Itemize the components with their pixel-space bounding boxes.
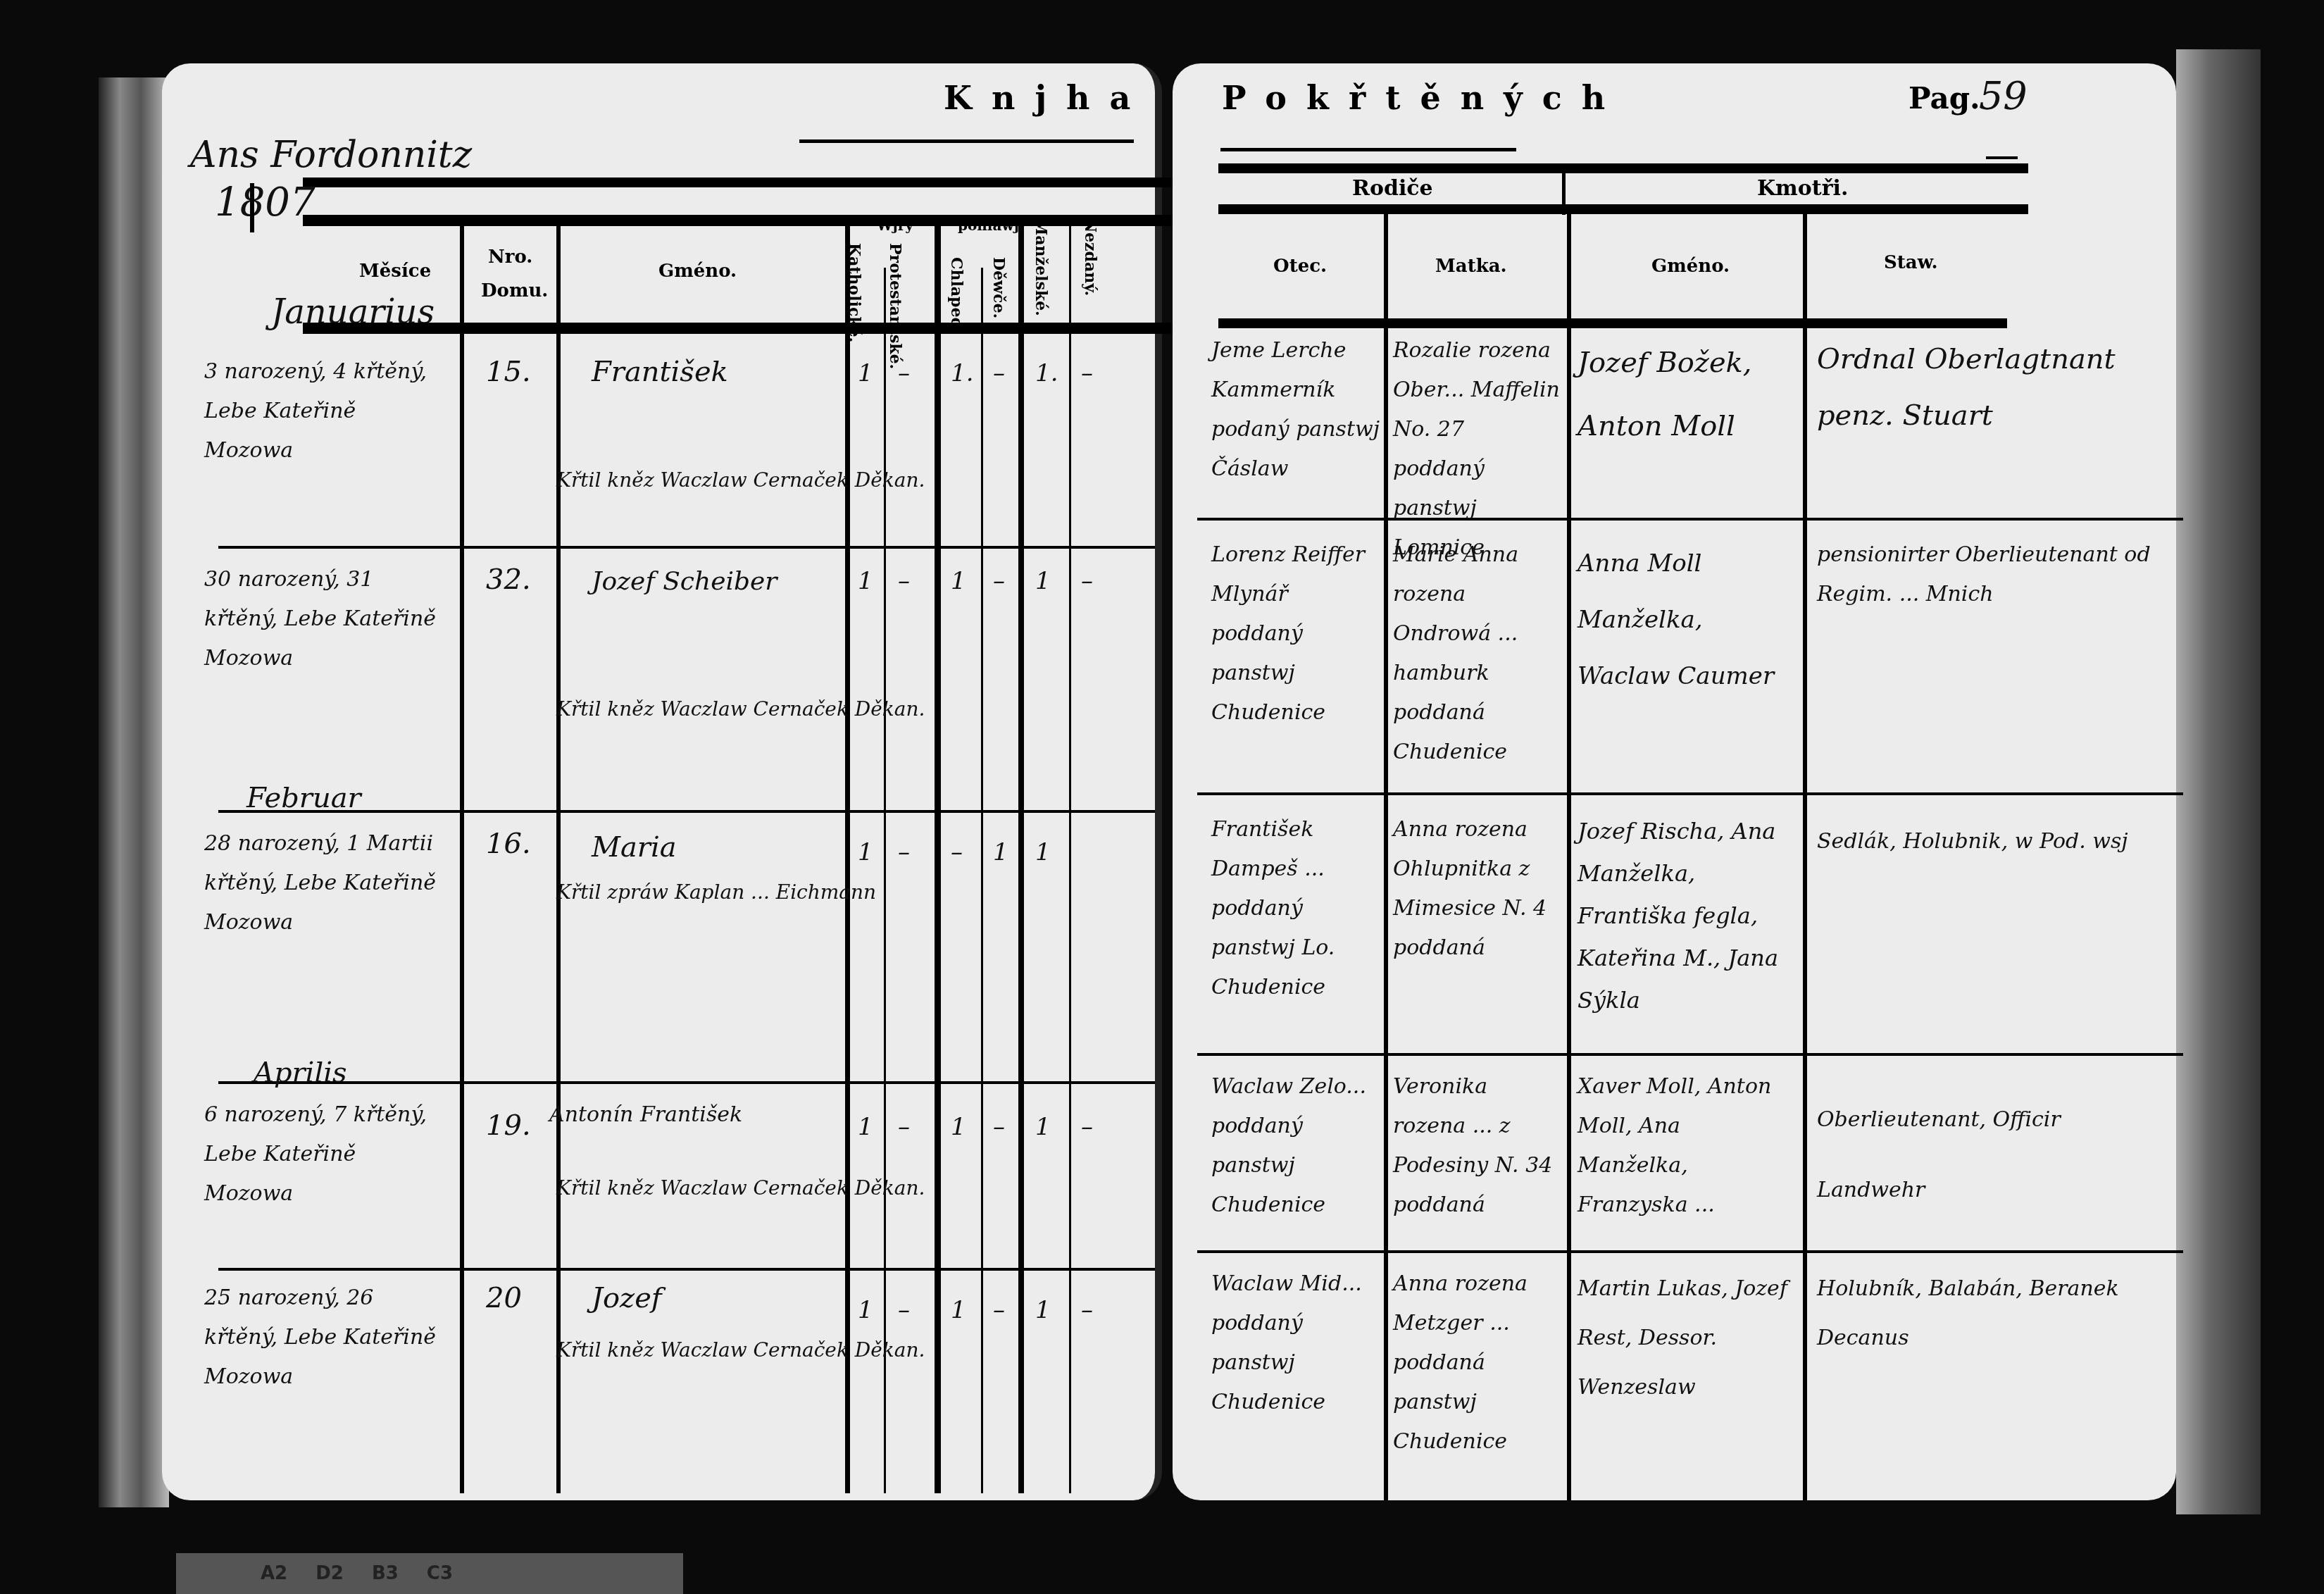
col-girl: Děwče.	[989, 257, 1008, 328]
rule	[884, 268, 886, 1493]
mark-protestant: –	[898, 1296, 910, 1324]
col-gp-status: Staw.	[1884, 252, 1937, 273]
entry-priest: Křtil kněz Waczlaw Cernaček Děkan.	[556, 468, 925, 492]
mark-illegit: –	[1081, 359, 1093, 387]
row-divider	[1197, 792, 2183, 795]
mark-girl: 1	[993, 838, 1008, 866]
entry-priest: Křtil kněz Waczlaw Cernaček Děkan.	[556, 697, 925, 721]
mark-girl: –	[993, 567, 1005, 595]
mark-legit: 1.	[1035, 359, 1058, 387]
entry-house: 20	[486, 1282, 522, 1314]
mark-catholic: 1	[858, 359, 873, 387]
entry-godparents: Martin Lukas, Jozef Rest, Dessor. Wenzes…	[1578, 1264, 1796, 1412]
page-number: 59	[1979, 74, 2028, 118]
row-divider	[1197, 518, 2183, 521]
mark-girl: –	[993, 1296, 1005, 1324]
entry-gp-status: Holubník, Balabán, Beranek Decanus	[1817, 1264, 2155, 1363]
title-left: Knjha	[944, 79, 1150, 117]
entry-name: Antonín František	[549, 1102, 742, 1127]
scan-ruler: A2 D2 B3 C3	[176, 1553, 683, 1594]
ruler-mark: D2	[316, 1563, 344, 1584]
entry-date: 6 narozený, 7 křtěný, Lebe Kateřině Mozo…	[204, 1095, 451, 1214]
year: 1807	[215, 180, 316, 225]
mark-catholic: 1	[858, 838, 873, 866]
entry-godparents: Jozef Božek, Anton Moll	[1578, 331, 1796, 458]
mark-legit: 1	[1035, 567, 1051, 595]
col-parents: Rodiče	[1352, 176, 1433, 201]
rule	[845, 218, 850, 1493]
rule	[460, 218, 464, 1493]
rule	[250, 183, 254, 232]
col-house-1: Nro.	[488, 247, 532, 268]
mark-legit: 1	[1035, 1113, 1051, 1141]
entry-mother: Anna rozena Ohlupnitka z Mimesice N. 4 p…	[1393, 810, 1562, 968]
row-divider	[218, 1081, 1155, 1084]
col-protestant: Protestantské.	[886, 243, 904, 328]
mark-legit: 1	[1035, 838, 1051, 866]
col-name: Gméno.	[658, 261, 737, 282]
entry-priest: Křtil kněz Waczlaw Cernaček Děkan.	[556, 1176, 925, 1200]
month-label: Februar	[246, 782, 361, 814]
rule	[1384, 211, 1388, 1500]
entry-mother: Veronika rozena ... z Podesiny N. 34 pod…	[1393, 1067, 1562, 1225]
mark-boy: 1.	[951, 359, 973, 387]
mark-protestant: –	[898, 359, 910, 387]
rule	[303, 178, 1296, 187]
rule	[303, 323, 1296, 334]
month-label: Aprilis	[254, 1057, 347, 1089]
col-sex: pohlawj	[958, 217, 993, 234]
page-label: Pag.	[1908, 81, 1980, 116]
entry-house: 32.	[486, 563, 531, 596]
entry-mother: Anna rozena Metzger ... poddaná panstwj …	[1393, 1264, 1562, 1462]
mark-catholic: 1	[858, 567, 873, 595]
mark-boy: 1	[951, 567, 966, 595]
entry-gp-status: Ordnal Oberlagtnant penz. Stuart	[1817, 331, 2155, 444]
mark-illegit: –	[1081, 1113, 1093, 1141]
col-boy: Chlapec.	[947, 257, 966, 328]
entry-name: Jozef Scheiber	[592, 567, 777, 596]
entry-name: Maria	[592, 831, 677, 864]
rule	[1220, 148, 1516, 151]
entry-gp-status: Sedlák, Holubnik, w Pod. wsj	[1817, 810, 2155, 873]
entry-name: Jozef	[592, 1282, 662, 1314]
ruler-mark: A2	[261, 1563, 287, 1584]
entry-priest: Křtil kněz Waczlaw Cernaček Děkan.	[556, 1338, 925, 1362]
entry-father: František Dampeš ... poddaný panstwj Lo.…	[1211, 810, 1380, 1007]
mark-girl: –	[993, 1113, 1005, 1141]
mark-boy: 1	[951, 1113, 966, 1141]
rule	[1218, 204, 2028, 214]
entry-father: Lorenz Reiffer Mlynář poddaný panstwj Ch…	[1211, 535, 1380, 733]
title-right: Pokřtěných	[1222, 79, 1625, 117]
col-illegitimate: Nezdaný.	[1081, 218, 1099, 324]
row-divider	[1197, 1053, 2183, 1056]
row-divider	[218, 546, 1155, 549]
entry-father: Waclaw Mid... poddaný panstwj Chudenice	[1211, 1264, 1380, 1422]
mark-girl: –	[993, 359, 1005, 387]
header-note: Ans Fordonnitz	[190, 134, 472, 176]
rule	[556, 225, 561, 1493]
entry-date: 28 narozený, 1 Martii křtěný, Lebe Kateř…	[204, 824, 451, 942]
rule	[1069, 218, 1071, 1493]
entry-father: Jeme Lerche Kammerník podaný panstwj Čás…	[1211, 331, 1380, 489]
entry-name: František	[592, 356, 728, 388]
entry-mother: Rozalie rozena Ober... Maffelin No. 27 p…	[1393, 331, 1562, 568]
entry-house: 19.	[486, 1109, 531, 1142]
ruler-mark: B3	[372, 1563, 399, 1584]
entry-godparents: Anna Moll Manželka, Waclaw Caumer	[1578, 535, 1796, 704]
rule	[303, 215, 1296, 226]
rule	[935, 218, 941, 1493]
rule	[981, 268, 983, 1493]
entry-gp-status: Oberlieutenant, Officir Landwehr	[1817, 1085, 2155, 1226]
book-edge-left	[99, 77, 169, 1507]
entry-godparents: Jozef Rischa, Ana Manželka, Františka fe…	[1578, 810, 1796, 1021]
entry-priest: Křtil zpráw Kaplan ... Eichmann	[556, 880, 876, 904]
book-edge-right	[2176, 49, 2261, 1514]
mark-catholic: 1	[858, 1296, 873, 1324]
col-house-2: Domu.	[481, 280, 548, 301]
entry-date: 25 narozený, 26 křtěný, Lebe Kateřině Mo…	[204, 1278, 451, 1397]
rule	[1803, 211, 1807, 1500]
row-divider	[1197, 1250, 2183, 1253]
col-mother: Matka.	[1435, 256, 1507, 277]
entry-godparents: Xaver Moll, Anton Moll, Ana Manželka, Fr…	[1578, 1067, 1796, 1225]
col-godparents: Kmotři.	[1757, 176, 1848, 201]
entry-date: 30 narozený, 31 křtěný, Lebe Kateřině Mo…	[204, 560, 451, 678]
entry-mother: Marie Anna rozena Ondrowá ... hamburk po…	[1393, 535, 1562, 772]
mark-protestant: –	[898, 567, 910, 595]
mark-protestant: –	[898, 1113, 910, 1141]
rule	[1567, 211, 1571, 1500]
col-gp-name: Gméno.	[1651, 256, 1730, 277]
mark-boy: 1	[951, 1296, 966, 1324]
col-legitimate: Manželské.	[1032, 218, 1050, 324]
row-divider	[218, 1268, 1155, 1271]
col-month: Měsíce	[359, 261, 431, 282]
entry-date: 3 narozený, 4 křtěný, Lebe Kateřině Mozo…	[204, 352, 451, 471]
entry-father: Waclaw Zelo... poddaný panstwj Chudenice	[1211, 1067, 1380, 1225]
mark-illegit: –	[1081, 567, 1093, 595]
col-father: Otec.	[1273, 256, 1327, 277]
rule	[1218, 318, 2007, 328]
entry-gp-status: pensionirter Oberlieutenant od Regim. ..…	[1817, 535, 2155, 614]
rule	[1018, 218, 1024, 1493]
mark-boy: –	[951, 838, 963, 866]
ruler-mark: C3	[427, 1563, 453, 1584]
mark-protestant: –	[898, 838, 910, 866]
mark-legit: 1	[1035, 1296, 1051, 1324]
mark-catholic: 1	[858, 1113, 873, 1141]
mark-illegit: –	[1081, 1296, 1093, 1324]
rule	[1218, 163, 2028, 173]
rule	[799, 139, 1134, 143]
entry-house: 16.	[486, 828, 531, 860]
rule	[1986, 156, 2018, 159]
col-religion: Wjry	[877, 217, 913, 234]
entry-house: 15.	[486, 356, 531, 388]
